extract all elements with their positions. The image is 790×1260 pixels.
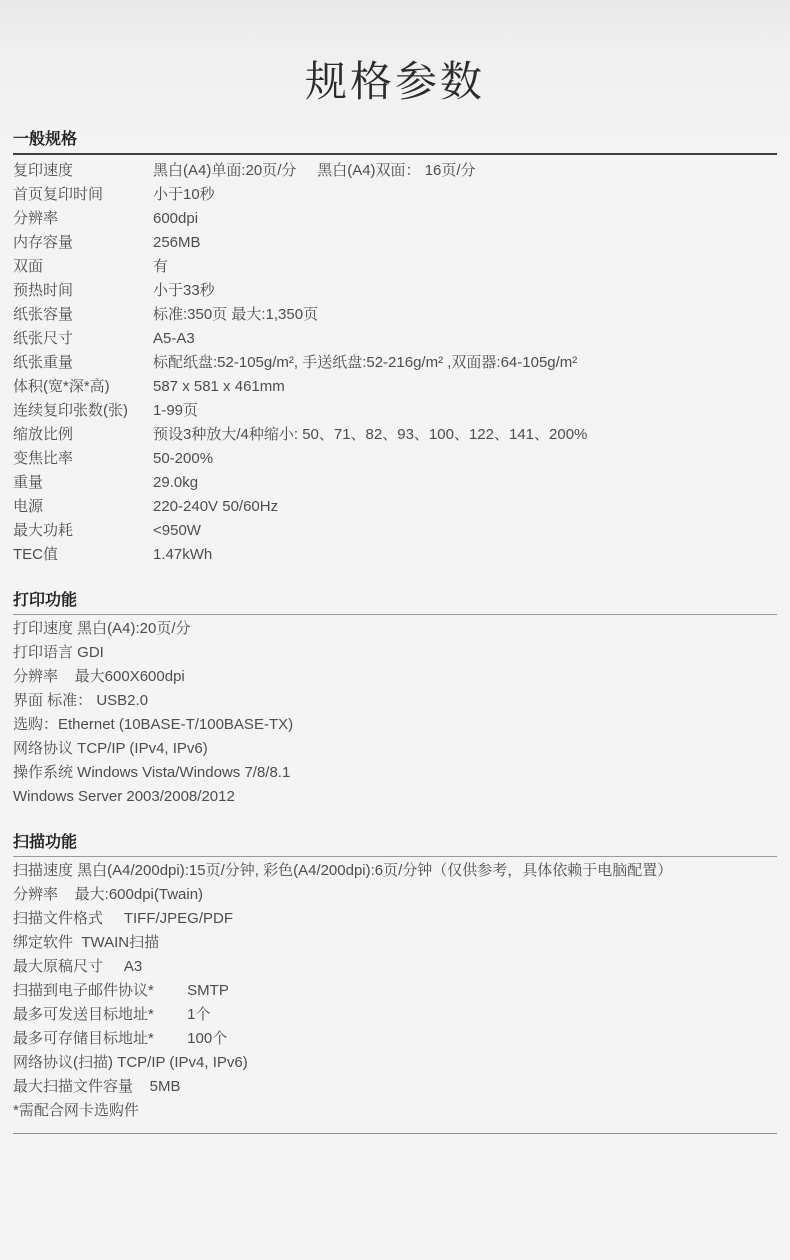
spec-line: 界面 标准： USB2.0 — [13, 689, 777, 713]
table-row: 纸张容量标准:350页 最大:1,350页 — [13, 303, 777, 327]
spec-value: 29.0kg — [153, 471, 198, 495]
spec-label: 重量 — [13, 471, 153, 495]
section-heading-print: 打印功能 — [13, 591, 777, 615]
table-row: 分辨率600dpi — [13, 207, 777, 231]
spec-line: 选购：Ethernet (10BASE-T/100BASE-TX) — [13, 713, 777, 737]
section-scan-features: 扫描功能 扫描速度 黑白(A4/200dpi):15页/分钟, 彩色(A4/20… — [13, 833, 777, 1123]
spec-label: TEC值 — [13, 543, 153, 567]
spec-value: <950W — [153, 519, 201, 543]
table-row: 首页复印时间小于10秒 — [13, 183, 777, 207]
spec-line: Windows Server 2003/2008/2012 — [13, 785, 777, 809]
general-spec-table: 复印速度黑白(A4)单面:20页/分 黑白(A4)双面： 16页/分 首页复印时… — [13, 155, 777, 567]
spec-line: 网络协议 TCP/IP (IPv4, IPv6) — [13, 737, 777, 761]
spec-value: 有 — [153, 255, 168, 279]
spec-value: 标配纸盘:52-105g/m², 手送纸盘:52-216g/m² ,双面器:64… — [153, 351, 577, 375]
table-row: 内存容量256MB — [13, 231, 777, 255]
spec-value: 50-200% — [153, 447, 213, 471]
spec-line: 绑定软件 TWAIN扫描 — [13, 931, 777, 955]
scan-spec-lines: 扫描速度 黑白(A4/200dpi):15页/分钟, 彩色(A4/200dpi)… — [13, 857, 777, 1123]
spec-label: 复印速度 — [13, 159, 153, 183]
spec-value: 587 x 581 x 461mm — [153, 375, 285, 399]
spec-line: 分辨率 最大600X600dpi — [13, 665, 777, 689]
spec-line: 扫描文件格式 TIFF/JPEG/PDF — [13, 907, 777, 931]
spec-line: 网络协议(扫描) TCP/IP (IPv4, IPv6) — [13, 1051, 777, 1075]
spec-page: 规格参数 一般规格 复印速度黑白(A4)单面:20页/分 黑白(A4)双面： 1… — [0, 0, 790, 1134]
spec-label: 分辨率 — [13, 207, 153, 231]
section-heading-general: 一般规格 — [13, 130, 777, 155]
spec-line: 分辨率 最大:600dpi(Twain) — [13, 883, 777, 907]
table-row: 体积(宽*深*高)587 x 581 x 461mm — [13, 375, 777, 399]
section-general-specs: 一般规格 复印速度黑白(A4)单面:20页/分 黑白(A4)双面： 16页/分 … — [13, 130, 777, 567]
spec-line: 打印语言 GDI — [13, 641, 777, 665]
spec-label: 首页复印时间 — [13, 183, 153, 207]
section-print-features: 打印功能 打印速度 黑白(A4):20页/分 打印语言 GDI 分辨率 最大60… — [13, 591, 777, 809]
spec-value: 标准:350页 最大:1,350页 — [153, 303, 318, 327]
table-row: 连续复印张数(张)1-99页 — [13, 399, 777, 423]
spec-line: 操作系统 Windows Vista/Windows 7/8/8.1 — [13, 761, 777, 785]
table-row: 最大功耗<950W — [13, 519, 777, 543]
table-row: 双面有 — [13, 255, 777, 279]
spec-label: 电源 — [13, 495, 153, 519]
spec-label: 连续复印张数(张) — [13, 399, 153, 423]
spec-line: 扫描到电子邮件协议* SMTP — [13, 979, 777, 1003]
spec-value: 小于33秒 — [153, 279, 215, 303]
spec-line: 最大扫描文件容量 5MB — [13, 1075, 777, 1099]
spec-label: 缩放比例 — [13, 423, 153, 447]
spec-value: 600dpi — [153, 207, 198, 231]
spec-value: 预设3种放大/4种缩小: 50、71、82、93、100、122、141、200… — [153, 423, 587, 447]
table-row: 电源220-240V 50/60Hz — [13, 495, 777, 519]
table-row: 复印速度黑白(A4)单面:20页/分 黑白(A4)双面： 16页/分 — [13, 159, 777, 183]
spec-label: 纸张容量 — [13, 303, 153, 327]
spec-line: 最多可发送目标地址* 1个 — [13, 1003, 777, 1027]
table-row: 变焦比率50-200% — [13, 447, 777, 471]
bottom-divider — [13, 1133, 777, 1134]
table-row: 纸张重量标配纸盘:52-105g/m², 手送纸盘:52-216g/m² ,双面… — [13, 351, 777, 375]
print-spec-lines: 打印速度 黑白(A4):20页/分 打印语言 GDI 分辨率 最大600X600… — [13, 615, 777, 809]
spec-line: 最多可存储目标地址* 100个 — [13, 1027, 777, 1051]
spec-label: 双面 — [13, 255, 153, 279]
spec-label: 体积(宽*深*高) — [13, 375, 153, 399]
spec-label: 内存容量 — [13, 231, 153, 255]
spec-label: 纸张尺寸 — [13, 327, 153, 351]
table-row: 重量29.0kg — [13, 471, 777, 495]
spec-line: *需配合网卡选购件 — [13, 1099, 777, 1123]
table-row: 预热时间小于33秒 — [13, 279, 777, 303]
spec-value: 1.47kWh — [153, 543, 212, 567]
spec-label: 最大功耗 — [13, 519, 153, 543]
table-row: 缩放比例预设3种放大/4种缩小: 50、71、82、93、100、122、141… — [13, 423, 777, 447]
spec-value: 1-99页 — [153, 399, 198, 423]
spec-label: 纸张重量 — [13, 351, 153, 375]
spec-value: 小于10秒 — [153, 183, 215, 207]
spec-value: 黑白(A4)单面:20页/分 黑白(A4)双面： 16页/分 — [153, 159, 476, 183]
spec-line: 最大原稿尺寸 A3 — [13, 955, 777, 979]
spec-line: 扫描速度 黑白(A4/200dpi):15页/分钟, 彩色(A4/200dpi)… — [13, 859, 777, 883]
page-title: 规格参数 — [13, 0, 777, 106]
section-heading-scan: 扫描功能 — [13, 833, 777, 857]
table-row: TEC值1.47kWh — [13, 543, 777, 567]
spec-line: 打印速度 黑白(A4):20页/分 — [13, 617, 777, 641]
spec-label: 变焦比率 — [13, 447, 153, 471]
spec-value: 220-240V 50/60Hz — [153, 495, 278, 519]
spec-value: A5-A3 — [153, 327, 195, 351]
spec-label: 预热时间 — [13, 279, 153, 303]
spec-value: 256MB — [153, 231, 201, 255]
table-row: 纸张尺寸A5-A3 — [13, 327, 777, 351]
